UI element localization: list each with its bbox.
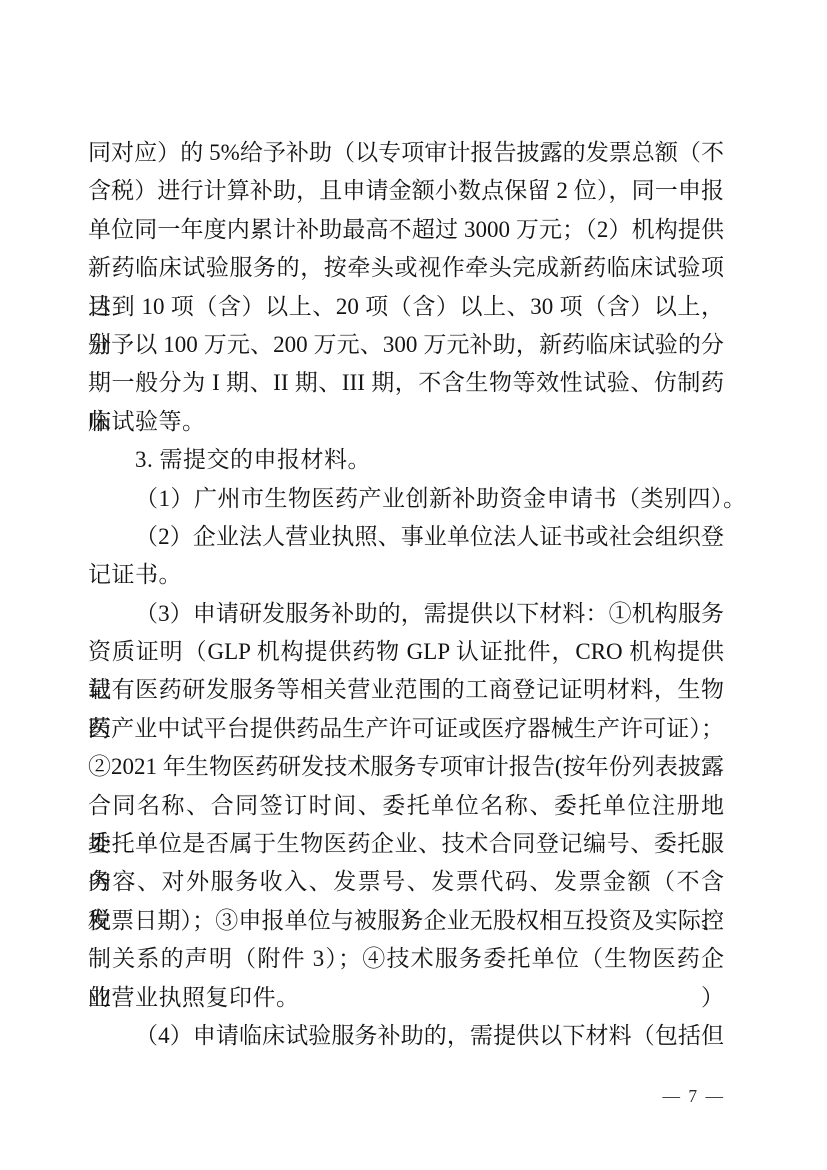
text-line: 新药临床试验服务的，按牵头或视作牵头完成新药临床试验项目 (88, 249, 724, 287)
text-line: 记证书。 (88, 556, 724, 594)
text-line: 别予以 100 万元、200 万元、300 万元补助，新药临床试验的分 (88, 326, 724, 364)
text-line: 制关系的声明（附件 3）；④技术服务委托单位（生物医药企业） (88, 940, 724, 978)
text-line: ②2021 年生物医药研发技术服务专项审计报告(按年份列表披露 (88, 748, 724, 786)
text-line: 床试验等。 (88, 403, 724, 441)
text-line: 达到 10 项（含）以上、20 项（含）以上、30 项（含）以上，分 (88, 288, 724, 326)
text-line: 单位同一年度内累计补助最高不超过 3000 万元；（2）机构提供 (88, 211, 724, 249)
page-number: — 7 — (663, 1085, 726, 1107)
text-line: 载有医药研发服务等相关营业范围的工商登记证明材料，生物医 (88, 671, 724, 709)
list-item-paren-4: （4）申请临床试验服务补助的，需提供以下材料（包括但 (88, 1017, 724, 1055)
text-line: 同对应）的 5%给予补助（以专项审计报告披露的发票总额（不 (88, 134, 724, 172)
text-line: 合同名称、合同签订时间、委托单位名称、委托单位注册地址、 (88, 787, 724, 825)
list-item-number-3: 3. 需提交的申报材料。 (88, 441, 724, 479)
body-text: 同对应）的 5%给予补助（以专项审计报告披露的发票总额（不 含税）进行计算补助，… (88, 134, 724, 1055)
text-line: 委托单位是否属于生物医药企业、技术合同登记编号、委托服务 (88, 825, 724, 863)
text-line: 内容、对外服务收入、发票号、发票代码、发票金额（不含税）、 (88, 863, 724, 901)
list-item-paren-2: （2）企业法人营业执照、事业单位法人证书或社会组织登 (88, 518, 724, 556)
text-line: 发票日期）；③申报单位与被服务企业无股权相互投资及实际控 (88, 902, 724, 940)
text-line: 期一般分为 I 期、II 期、III 期，不含生物等效性试验、仿制药临 (88, 364, 724, 402)
text-line: 含税）进行计算补助，且申请金额小数点保留 2 位），同一申报 (88, 172, 724, 210)
list-item-paren-1: （1）广州市生物医药产业创新补助资金申请书（类别四）。 (88, 480, 724, 518)
text-line: 资质证明（GLP 机构提供药物 GLP 认证批件，CRO 机构提供记 (88, 633, 724, 671)
list-item-paren-3: （3）申请研发服务补助的，需提供以下材料：①机构服务 (88, 595, 724, 633)
document-page: 同对应）的 5%给予补助（以专项审计报告披露的发票总额（不 含税）进行计算补助，… (0, 0, 827, 1170)
text-line: 药产业中试平台提供药品生产许可证或医疗器械生产许可证）； (88, 710, 724, 748)
